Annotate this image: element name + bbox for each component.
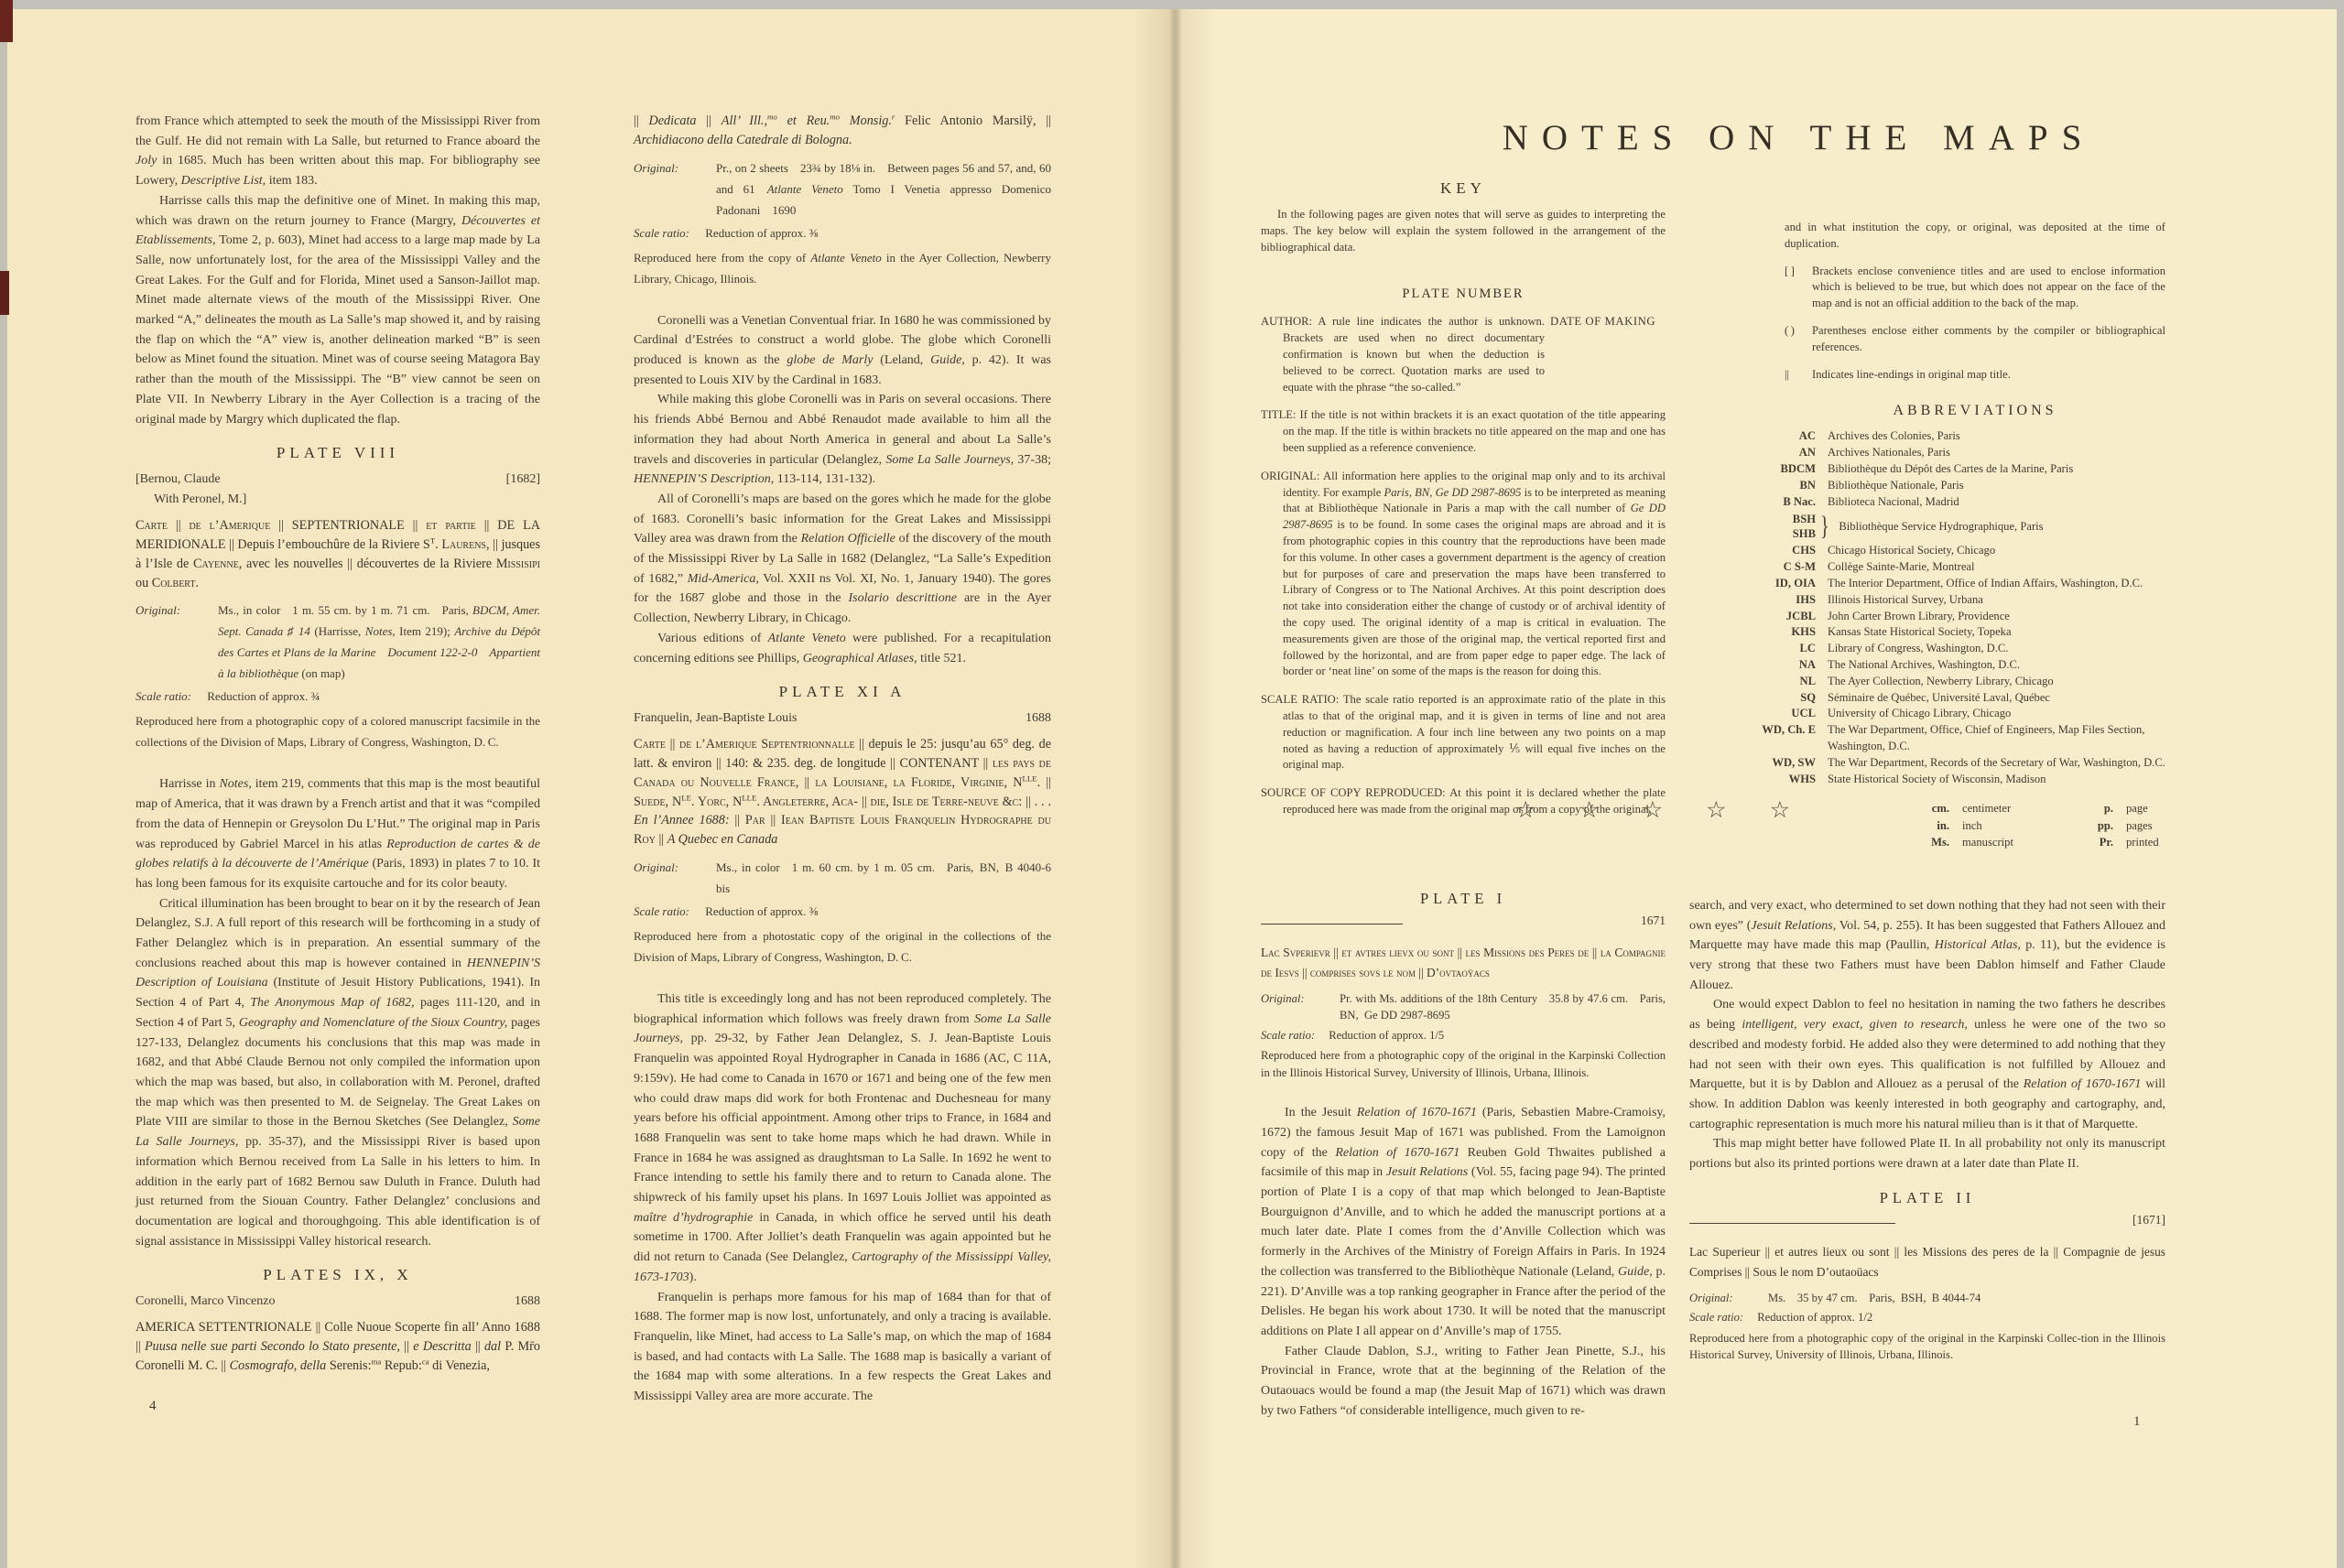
unit-abbrev: cm. — [1785, 800, 1949, 816]
scale-entry: Scale ratio: Reduction of approx. 1/2 — [1689, 1309, 2165, 1326]
plate-date: 1688 — [515, 1292, 540, 1312]
key-item-author: AUTHOR: A rule line indicates the author… — [1261, 314, 1666, 395]
paragraph: Critical illumination has been brought t… — [136, 894, 540, 1252]
source-note: Reproduced here from a photostatic copy … — [634, 925, 1051, 968]
original-text: Ms. 35 by 47 cm. Paris, BSH, B 4044-74 — [1768, 1292, 1980, 1304]
paragraph: Father Claude Dablon, S.J., writing to F… — [1261, 1342, 1666, 1422]
abbrev-def: State Historical Society of Wisconsin, M… — [1816, 772, 2165, 788]
map-title: Carte || de l’Amerique || SEPTENTRIONALE… — [136, 516, 540, 592]
key-item-author-text: AUTHOR: A rule line indicates the author… — [1261, 315, 1545, 393]
abbrev-def: Biblioteca Nacional, Madrid — [1816, 494, 2165, 511]
plate-date: 1688 — [1025, 708, 1051, 729]
abbrev-def: Séminaire de Québec, Université Laval, Q… — [1816, 690, 2165, 707]
abbrev-def: The National Archives, Washington, D.C. — [1816, 657, 2165, 674]
scale-text: Reduction of approx. 1/5 — [1329, 1029, 1444, 1042]
double-bar-marker: || — [1785, 367, 1812, 384]
abbrev-row: WD, Ch. EThe War Department, Office, Chi… — [1689, 722, 2165, 755]
abbrev-row: UCLUniversity of Chicago Library, Chicag… — [1689, 706, 2165, 722]
paragraph: This title is exceedingly long and has n… — [634, 989, 1051, 1288]
original-label: Original: — [136, 600, 180, 621]
abbrev-code: B Nac. — [1689, 494, 1816, 511]
date-of-making-label: DATE OF MAKING — [1550, 314, 1666, 330]
unit-def: page — [2113, 800, 2165, 816]
key-heading: KEY — [1261, 179, 1666, 198]
star-icon: ☆ — [1643, 796, 1663, 824]
unknown-author-rule — [1689, 1223, 1895, 1224]
original-label: Original: — [1689, 1290, 1733, 1307]
star-icon: ☆ — [1515, 796, 1536, 824]
key-item-title: TITLE: If the title is not within bracke… — [1261, 407, 1666, 456]
double-bar-text: Indicates line-endings in original map t… — [1812, 367, 2165, 384]
abbrev-code: CHS — [1689, 543, 1816, 559]
unit-abbrev: p. — [2090, 800, 2113, 816]
original-entry: Original: Pr., on 2 sheets 23¾ by 18⅛ in… — [634, 157, 1051, 221]
paragraph: search, and very exact, who determined t… — [1689, 896, 2165, 996]
scale-text: Reduction of approx. ⅜ — [705, 226, 818, 240]
left-column-2: || Dedicata || All’ Ill.,mo et Reu.mo Mo… — [634, 112, 1051, 1407]
plate-date: [1682] — [506, 470, 540, 490]
author-row: Franquelin, Jean-Baptiste Louis 1688 — [634, 708, 1051, 729]
abbrev-code: WD, SW — [1689, 755, 1816, 772]
scale-text: Reduction of approx. 1/2 — [1757, 1311, 1872, 1324]
paragraph: Various editions of Atlante Veneto were … — [634, 629, 1051, 668]
source-note: Reproduced here from a photographic copy… — [1689, 1330, 2165, 1364]
author-name: Franquelin, Jean-Baptiste Louis — [634, 708, 797, 729]
abbreviations-heading: ABBREVIATIONS — [1785, 403, 2165, 419]
abbrev-def: The Interior Department, Office of India… — [1816, 576, 2165, 592]
author-name-line2: With Peronel, M.] — [136, 490, 540, 510]
paragraph: Harrisse calls this map the definitive o… — [136, 191, 540, 429]
abbrev-row: SQSéminaire de Québec, Université Laval,… — [1689, 690, 2165, 707]
map-title: AMERICA SETTENTRIONALE || Colle Nuoue Sc… — [136, 1318, 540, 1375]
abbrev-def: The War Department, Office, Chief of Eng… — [1816, 722, 2165, 755]
map-title-continued: || Dedicata || All’ Ill.,mo et Reu.mo Mo… — [634, 112, 1051, 150]
abbrev-def: Archives des Colonies, Paris — [1816, 428, 2165, 445]
abbrev-row: BDCMBibliothèque du Dépôt des Cartes de … — [1689, 461, 2165, 478]
paragraph: from France which attempted to seek the … — [136, 112, 540, 191]
abbrev-code: BN — [1689, 478, 1816, 494]
unit-def: printed — [2113, 834, 2165, 850]
scale-entry: Scale ratio: Reduction of approx. ⅜ — [634, 901, 1051, 922]
star-icon: ☆ — [1579, 796, 1599, 824]
abbrev-def: Bibliothèque du Dépôt des Cartes de la M… — [1816, 461, 2165, 478]
scale-entry: Scale ratio: Reduction of approx. ¾ — [136, 686, 540, 707]
abbreviations-list: ACArchives des Colonies, Paris ANArchive… — [1689, 428, 2165, 787]
units-table: cm.centimeterp.page in.inchpp.pages Ms.m… — [1785, 800, 2165, 850]
right-page-number: 1 — [2133, 1414, 2141, 1430]
stars-spacer — [1261, 818, 1666, 882]
abbrev-row: BNBibliothèque Nationale, Paris — [1689, 478, 2165, 494]
units-row: cm.centimeterp.page — [1785, 800, 2165, 816]
plates-ix-x-heading: PLATES IX, X — [136, 1266, 540, 1284]
abbrev-def: Bibliothèque Nationale, Paris — [1816, 478, 2165, 494]
paragraph: Franquelin is perhaps more famous for hi… — [634, 1288, 1051, 1407]
scanned-book-spread: { "labels":{"original":"Original:","scal… — [0, 0, 2344, 1568]
plate-ii-heading: PLATE II — [1689, 1189, 2165, 1207]
abbrev-row: NAThe National Archives, Washington, D.C… — [1689, 657, 2165, 674]
original-text: Ms., in color 1 m. 55 cm. by 1 m. 71 cm.… — [218, 603, 540, 680]
abbrev-def: The Ayer Collection, Newberry Library, C… — [1816, 674, 2165, 690]
plate-xia-heading: PLATE XI A — [634, 683, 1051, 701]
author-row: Coronelli, Marco Vincenzo 1688 — [136, 1292, 540, 1312]
cover-edge-fragment-mid — [0, 271, 9, 315]
plate-i-heading: PLATE I — [1261, 890, 1666, 908]
original-text: Ms., in color 1 m. 60 cm. by 1 m. 05 cm.… — [716, 860, 1051, 895]
abbrev-row: CHSChicago Historical Society, Chicago — [1689, 543, 2165, 559]
key-right-block: and in what institution the copy, or ori… — [1785, 220, 2165, 419]
scale-label: Scale ratio: — [634, 226, 689, 240]
abbrev-def: The War Department, Records of the Secre… — [1816, 755, 2165, 772]
key-item-scale-ratio: SCALE RATIO: The scale ratio reported is… — [1261, 692, 1666, 773]
key-item-parentheses: ( ) Parentheses enclose either comments … — [1785, 323, 2165, 356]
scale-entry: Scale ratio: Reduction of approx. ⅜ — [634, 222, 1051, 243]
original-label: Original: — [1261, 990, 1305, 1008]
paren-marker: ( ) — [1785, 323, 1812, 356]
abbrev-row: B Nac.Biblioteca Nacional, Madrid — [1689, 494, 2165, 511]
page-gutter-crease — [1134, 9, 1218, 1568]
author-rule-row: 1671 — [1261, 912, 1666, 935]
units-row: in.inchpp.pages — [1785, 817, 2165, 834]
abbrev-code-stack: BSH SHB — [1689, 512, 1816, 541]
left-column-1: from France which attempted to seek the … — [136, 112, 540, 1383]
scale-label: Scale ratio: — [136, 689, 191, 703]
abbrev-def: John Carter Brown Library, Providence — [1816, 609, 2165, 625]
abbrev-code: NA — [1689, 657, 1816, 674]
author-name: [Bernou, Claude — [136, 470, 221, 490]
units-row: Ms.manuscriptPr.printed — [1785, 834, 2165, 850]
abbrev-row: WHSState Historical Society of Wisconsin… — [1689, 772, 2165, 788]
unit-abbrev: in. — [1785, 817, 1949, 834]
original-entry: Original: Ms., in color 1 m. 60 cm. by 1… — [634, 857, 1051, 899]
abbrev-code: WHS — [1689, 772, 1816, 788]
abbrev-row: ID, OIAThe Interior Department, Office o… — [1689, 576, 2165, 592]
abbrev-row: ACArchives des Colonies, Paris — [1689, 428, 2165, 445]
plate-number-subheading: PLATE NUMBER — [1261, 287, 1666, 302]
unit-abbrev: pp. — [2090, 817, 2113, 834]
abbrev-code: BDCM — [1689, 461, 1816, 478]
abbrev-row: IHSIllinois Historical Survey, Urbana — [1689, 592, 2165, 609]
abbrev-row: C S-MCollège Sainte-Marie, Montreal — [1689, 559, 2165, 576]
scale-text: Reduction of approx. ⅜ — [705, 904, 818, 918]
original-entry: Original: Ms. 35 by 47 cm. Paris, BSH, B… — [1689, 1290, 2165, 1307]
abbrev-code: AN — [1689, 445, 1816, 461]
original-label: Original: — [634, 157, 678, 178]
original-entry: Original: Pr. with Ms. additions of the … — [1261, 990, 1666, 1024]
abbrev-def: Archives Nationales, Paris — [1816, 445, 2165, 461]
page-title: NOTES ON THE MAPS — [1261, 117, 2337, 158]
abbrev-code: JCBL — [1689, 609, 1816, 625]
abbrev-code: C S-M — [1689, 559, 1816, 576]
abbrev-row: NLThe Ayer Collection, Newberry Library,… — [1689, 674, 2165, 690]
paragraph: While making this globe Coronelli was in… — [634, 390, 1051, 490]
abbrev-def: Chicago Historical Society, Chicago — [1816, 543, 2165, 559]
plate-viii-heading: PLATE VIII — [136, 444, 540, 462]
unit-def: inch — [1949, 817, 2090, 834]
source-note: Reproduced here from a photographic copy… — [1261, 1047, 1666, 1081]
bracket-marker: [ ] — [1785, 264, 1812, 312]
right-column-2: and in what institution the copy, or ori… — [1689, 220, 2165, 1364]
abbrev-code: ID, OIA — [1689, 576, 1816, 592]
abbrev-def: Illinois Historical Survey, Urbana — [1816, 592, 2165, 609]
original-label: Original: — [634, 857, 678, 878]
abbrev-code: SHB — [1689, 526, 1816, 541]
key-item-original: ORIGINAL: All information here applies t… — [1261, 469, 1666, 680]
abbrev-def: Library of Congress, Washington, D.C. — [1816, 641, 2165, 657]
abbrev-code: SQ — [1689, 690, 1816, 707]
map-title: Carte || de l’Amerique Septentrionnalle … — [634, 735, 1051, 849]
abbrev-def: Collège Sainte-Marie, Montreal — [1816, 559, 2165, 576]
abbrev-code: KHS — [1689, 624, 1816, 641]
key-intro: In the following pages are given notes t… — [1261, 207, 1666, 255]
abbrev-code: LC — [1689, 641, 1816, 657]
left-page-number: 4 — [149, 1399, 157, 1414]
abbrev-code: AC — [1689, 428, 1816, 445]
abbrev-def: Bibliothèque Service Hydrographique, Par… — [1831, 519, 2165, 534]
abbrev-row: ANArchives Nationales, Paris — [1689, 445, 2165, 461]
abbrev-row: WD, SWThe War Department, Records of the… — [1689, 755, 2165, 772]
map-title: Lac Superieur || et autres lieux ou sont… — [1689, 1242, 2165, 1282]
original-text: Pr. with Ms. additions of the 18th Centu… — [1340, 992, 1666, 1022]
abbrev-code: WD, Ch. E — [1689, 722, 1816, 755]
abbrev-def: University of Chicago Library, Chicago — [1816, 706, 2165, 722]
unit-def: pages — [2113, 817, 2165, 834]
plate-date: 1671 — [1641, 914, 1666, 928]
scale-label: Scale ratio: — [1261, 1029, 1315, 1042]
scale-text: Reduction of approx. ¾ — [207, 689, 320, 703]
map-title: Lac Svperievr || et avtres lievx ou sont… — [1261, 943, 1666, 983]
abbrev-code: IHS — [1689, 592, 1816, 609]
abbrev-row: LCLibrary of Congress, Washington, D.C. — [1689, 641, 2165, 657]
key-item-brackets: [ ] Brackets enclose convenience titles … — [1785, 264, 2165, 312]
bracket-text: Brackets enclose convenience titles and … — [1812, 264, 2165, 312]
star-icon: ☆ — [1706, 796, 1726, 824]
source-note: Reproduced here from a photographic copy… — [136, 710, 540, 752]
cover-edge-fragment-top — [0, 0, 13, 42]
abbrev-code: NL — [1689, 674, 1816, 690]
original-text: Pr., on 2 sheets 23¾ by 18⅛ in. Between … — [716, 161, 1051, 217]
key-continuation: and in what institution the copy, or ori… — [1785, 220, 2165, 253]
scale-label: Scale ratio: — [634, 904, 689, 918]
author-row: [Bernou, Claude [1682] — [136, 470, 540, 490]
paragraph: In the Jesuit Relation of 1670-1671 (Par… — [1261, 1103, 1666, 1341]
abbrev-def: Kansas State Historical Society, Topeka — [1816, 624, 2165, 641]
abbrev-code: BSH — [1689, 512, 1816, 526]
star-icon: ☆ — [1770, 796, 1790, 824]
abbrev-row-bsh-shb: BSH SHB } Bibliothèque Service Hydrograp… — [1689, 512, 2165, 541]
paragraph: One would expect Dablon to feel no hesit… — [1689, 995, 2165, 1134]
abbrev-row: KHSKansas State Historical Society, Tope… — [1689, 624, 2165, 641]
paren-text: Parentheses enclose either comments by t… — [1812, 323, 2165, 356]
unit-def: manuscript — [1949, 834, 2090, 850]
abbrev-row: JCBLJohn Carter Brown Library, Providenc… — [1689, 609, 2165, 625]
plate-date: [1671] — [2132, 1213, 2165, 1227]
unknown-author-rule — [1261, 924, 1403, 925]
scale-entry: Scale ratio: Reduction of approx. 1/5 — [1261, 1027, 1666, 1044]
unit-abbrev: Ms. — [1785, 834, 1949, 850]
stars-spacer — [1689, 850, 2165, 896]
scale-label: Scale ratio: — [1689, 1311, 1743, 1324]
paragraph: This map might better have followed Plat… — [1689, 1134, 2165, 1173]
key-item-line-endings: || Indicates line-endings in original ma… — [1785, 367, 2165, 384]
author-name: Coronelli, Marco Vincenzo — [136, 1292, 275, 1312]
star-divider: ☆ ☆ ☆ ☆ ☆ — [1515, 796, 1790, 824]
paragraph: Coronelli was a Venetian Conventual fria… — [634, 311, 1051, 391]
paragraph: All of Coronelli’s maps are based on the… — [634, 490, 1051, 629]
original-entry: Original: Ms., in color 1 m. 55 cm. by 1… — [136, 600, 540, 684]
source-note: Reproduced here from the copy of Atlante… — [634, 247, 1051, 289]
abbrev-code: UCL — [1689, 706, 1816, 722]
unit-def: centimeter — [1949, 800, 2090, 816]
author-rule-row: [1671] — [1689, 1211, 2165, 1235]
paragraph: Harrisse in Notes, item 219, comments th… — [136, 774, 540, 893]
brace-glyph: } — [1818, 519, 1829, 534]
unit-abbrev: Pr. — [2090, 834, 2113, 850]
